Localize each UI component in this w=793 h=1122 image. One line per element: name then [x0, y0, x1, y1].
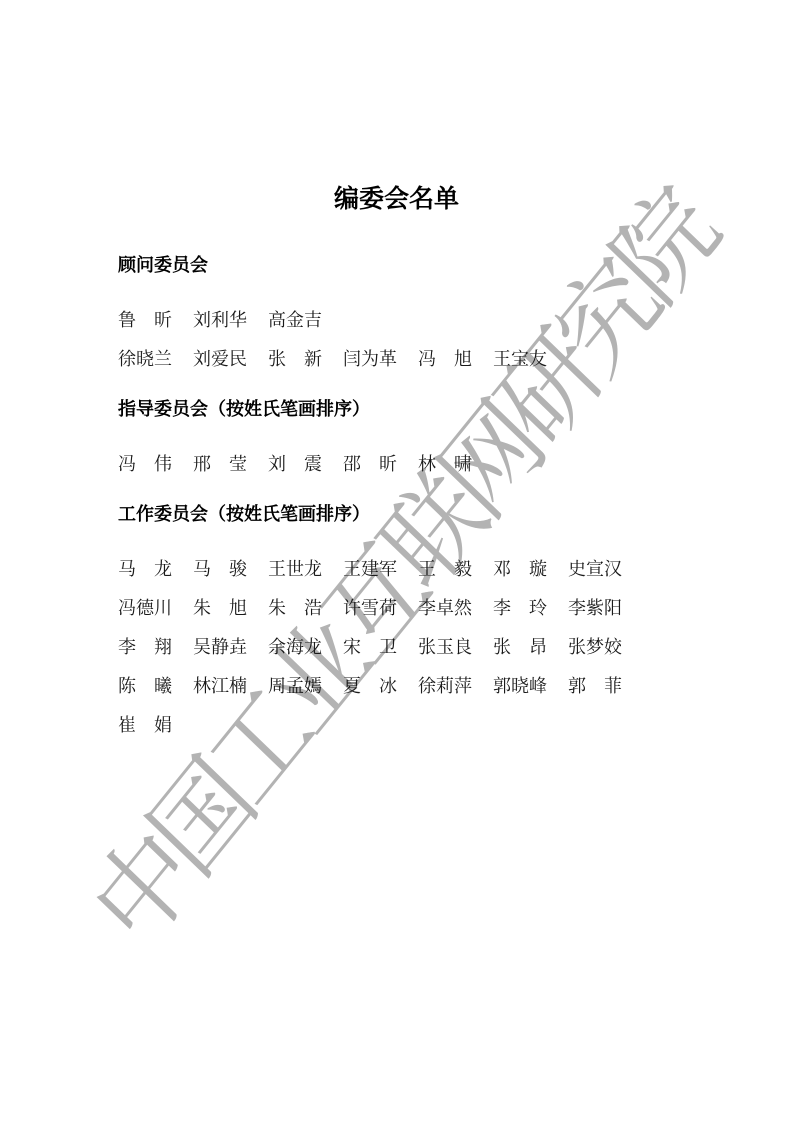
person-name: 张 昂 [493, 635, 547, 659]
name-row: 徐晓兰刘爱民张 新闫为革冯 旭王宝友 [118, 347, 743, 371]
person-name: 马 龙 [118, 557, 172, 581]
person-name: 徐莉萍 [418, 674, 472, 698]
name-row: 李 翔吴静垚余海龙宋 卫张玉良张 昂张梦姣 [118, 635, 743, 659]
person-name: 冯 伟 [118, 452, 172, 476]
committee-section: 指导委员会（按姓氏笔画排序）冯 伟邢 莹刘 震邵 昕林 啸 [118, 397, 743, 476]
name-row: 陈 曦林江楠周孟嫣夏 冰徐莉萍郭晓峰郭 菲 [118, 674, 743, 698]
person-name: 崔 娟 [118, 713, 172, 737]
person-name: 王 毅 [418, 557, 472, 581]
name-row: 鲁 昕刘利华高金吉 [118, 308, 743, 332]
person-name: 朱 旭 [193, 596, 247, 620]
person-name: 李 翔 [118, 635, 172, 659]
person-name: 刘 震 [268, 452, 322, 476]
person-name: 林 啸 [418, 452, 472, 476]
person-name: 余海龙 [268, 635, 322, 659]
person-name: 史宣汉 [568, 557, 622, 581]
person-name: 宋 卫 [343, 635, 397, 659]
person-name: 李紫阳 [568, 596, 622, 620]
person-name: 郭 菲 [568, 674, 622, 698]
person-name: 朱 浩 [268, 596, 322, 620]
name-row: 崔 娟 [118, 713, 743, 737]
person-name: 李卓然 [418, 596, 472, 620]
committee-list: 顾问委员会鲁 昕刘利华高金吉徐晓兰刘爱民张 新闫为革冯 旭王宝友指导委员会（按姓… [118, 0, 743, 737]
person-name: 李 玲 [493, 596, 547, 620]
person-name: 鲁 昕 [118, 308, 172, 332]
person-name: 邵 昕 [343, 452, 397, 476]
person-name: 陈 曦 [118, 674, 172, 698]
person-name: 高金吉 [268, 308, 322, 332]
name-row: 冯 伟邢 莹刘 震邵 昕林 啸 [118, 452, 743, 476]
person-name: 张玉良 [418, 635, 472, 659]
person-name: 冯德川 [118, 596, 172, 620]
person-name: 王世龙 [268, 557, 322, 581]
section-heading: 顾问委员会 [118, 253, 743, 277]
person-name: 张 新 [268, 347, 322, 371]
name-row: 冯德川朱 旭朱 浩许雪荷李卓然李 玲李紫阳 [118, 596, 743, 620]
person-name: 徐晓兰 [118, 347, 172, 371]
person-name: 吴静垚 [193, 635, 247, 659]
person-name: 刘利华 [193, 308, 247, 332]
person-name: 冯 旭 [418, 347, 472, 371]
committee-section: 顾问委员会鲁 昕刘利华高金吉徐晓兰刘爱民张 新闫为革冯 旭王宝友 [118, 253, 743, 371]
person-name: 林江楠 [193, 674, 247, 698]
person-name: 张梦姣 [568, 635, 622, 659]
person-name: 许雪荷 [343, 596, 397, 620]
section-heading: 工作委员会（按姓氏笔画排序） [118, 502, 743, 526]
person-name: 王建军 [343, 557, 397, 581]
committee-section: 工作委员会（按姓氏笔画排序）马 龙马 骏王世龙王建军王 毅邓 璇史宣汉冯德川朱 … [118, 502, 743, 737]
person-name: 夏 冰 [343, 674, 397, 698]
person-name: 马 骏 [193, 557, 247, 581]
document-page: 中国工业互联网研究院 编委会名单 顾问委员会鲁 昕刘利华高金吉徐晓兰刘爱民张 新… [0, 0, 793, 1122]
name-row: 马 龙马 骏王世龙王建军王 毅邓 璇史宣汉 [118, 557, 743, 581]
person-name: 邓 璇 [493, 557, 547, 581]
person-name: 闫为革 [343, 347, 397, 371]
person-name: 周孟嫣 [268, 674, 322, 698]
person-name: 王宝友 [493, 347, 547, 371]
person-name: 邢 莹 [193, 452, 247, 476]
person-name: 刘爱民 [193, 347, 247, 371]
person-name: 郭晓峰 [493, 674, 547, 698]
section-heading: 指导委员会（按姓氏笔画排序） [118, 397, 743, 421]
